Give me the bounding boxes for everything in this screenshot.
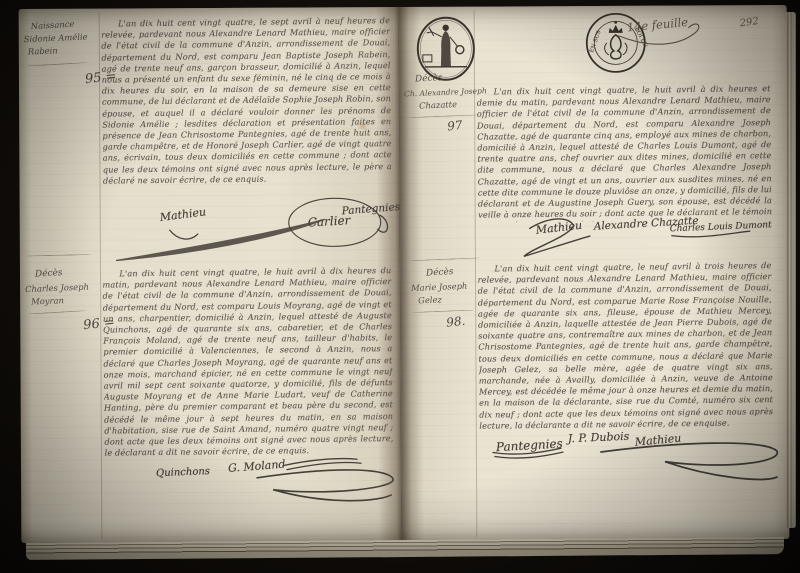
act-text: L'an dix huit cent vingt quatre, le neuf… — [477, 260, 773, 434]
margin-name: Gelez — [418, 293, 442, 306]
margin-category: Naissance — [30, 18, 74, 32]
register-book: Naissance Sidonie Amélie Rabein 95 = L'a… — [19, 5, 790, 543]
margin-name: Rabein — [28, 44, 58, 57]
signature: Quinchons — [156, 466, 210, 479]
margin-category: Décès — [35, 267, 63, 281]
act-number: 98. — [446, 314, 467, 330]
act-text: L'an dix huit cent vingt quatre, le huit… — [477, 83, 773, 223]
margin-name: Moyran — [31, 294, 64, 307]
margin-name: Chazatte — [419, 98, 457, 112]
act-text: L'an dix huit cent vingt quatre, le sept… — [101, 15, 392, 209]
page-stack-right-edge — [786, 12, 796, 528]
act-text: L'an dix huit cent vingt quatre, le huit… — [102, 265, 393, 460]
stamp-rim-text: EN SUS — [589, 30, 603, 54]
signature: J. P. Dubois — [568, 430, 630, 445]
margin-name: Sidonie Amélie — [24, 31, 88, 46]
margin-name: Charles Joseph — [25, 281, 89, 296]
margin-category: Décès — [415, 72, 443, 86]
act-number: 97 — [447, 118, 464, 134]
margin-category: Décès — [426, 266, 454, 280]
margin-name: Marie Joseph — [411, 280, 468, 294]
